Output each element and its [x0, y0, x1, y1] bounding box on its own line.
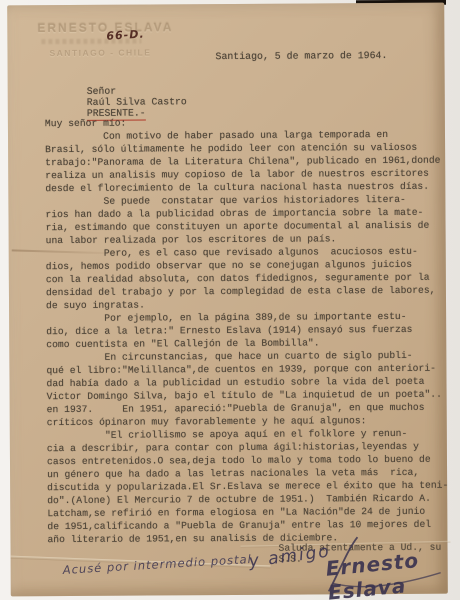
recipient-block: Señor Raúl Silva Castro PRESENTE.- — [87, 85, 187, 120]
scanned-letter-page: ERNESTO ESLAVA SANTIAGO - CHILE 66-D. Sa… — [0, 0, 460, 600]
letterhead-city: SANTIAGO - CHILE — [49, 47, 173, 58]
recipient-name: Raúl Silva Castro — [87, 96, 187, 108]
recipient-salutation: Señor — [87, 85, 187, 97]
archive-code: 66-D. — [106, 28, 145, 43]
letter-body: Muy señor mío: Con motivo de haber pasad… — [45, 115, 449, 546]
embossed-letterhead: ERNESTO ESLAVA SANTIAGO - CHILE — [37, 20, 173, 58]
letter-paper: ERNESTO ESLAVA SANTIAGO - CHILE 66-D. Sa… — [7, 3, 448, 597]
handwritten-note: Acusé por intermedio postal — [62, 552, 252, 577]
dateline: Santiago, 5 de marzo de 1964. — [215, 50, 387, 62]
